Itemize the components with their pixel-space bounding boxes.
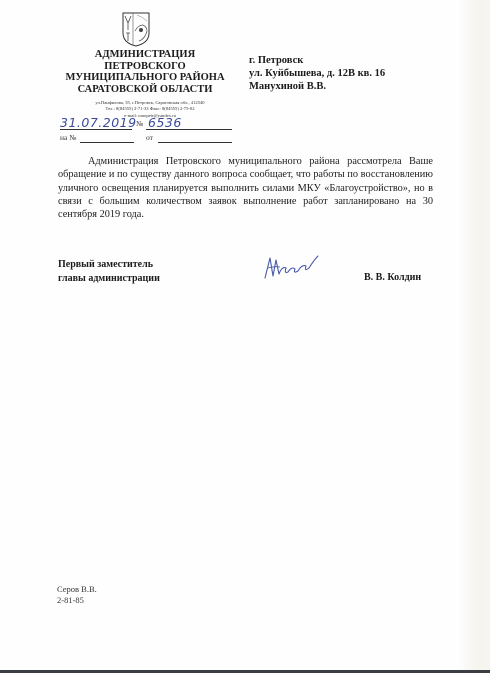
recipient-city: г. Петровск bbox=[249, 54, 385, 67]
org-line: МУНИЦИПАЛЬНОГО РАЙОНА bbox=[60, 72, 230, 84]
executor-name: Серов В.В. bbox=[57, 584, 97, 595]
scan-edge-shadow bbox=[458, 0, 490, 670]
executor-phone: 2-81-85 bbox=[57, 595, 97, 606]
executor-info: Серов В.В. 2-81-85 bbox=[57, 584, 97, 606]
org-line: АДМИНИСТРАЦИЯ bbox=[60, 49, 230, 61]
recipient-address: г. Петровск ул. Куйбышева, д. 12В кв. 16… bbox=[249, 54, 385, 93]
registration-date: 31.07.2019 bbox=[60, 115, 137, 130]
registration-number: 6536 bbox=[148, 115, 182, 130]
letter-page: АДМИНИСТРАЦИЯ ПЕТРОВСКОГО МУНИЦИПАЛЬНОГО… bbox=[0, 0, 490, 670]
organization-name: АДМИНИСТРАЦИЯ ПЕТРОВСКОГО МУНИЦИПАЛЬНОГО… bbox=[60, 49, 230, 95]
reference-number-label: на № bbox=[60, 133, 76, 142]
date-underline bbox=[60, 129, 132, 130]
letter-body: Администрация Петровского муниципального… bbox=[58, 155, 433, 221]
recipient-name: Манухиной В.В. bbox=[249, 80, 385, 93]
signer-title-line: главы администрации bbox=[58, 272, 160, 286]
handwritten-signature-icon bbox=[262, 252, 322, 282]
number-underline bbox=[146, 129, 232, 130]
reference-date-label: от bbox=[146, 133, 153, 142]
org-line: САРАТОВСКОЙ ОБЛАСТИ bbox=[60, 84, 230, 96]
recipient-street: ул. Куйбышева, д. 12В кв. 16 bbox=[249, 67, 385, 80]
reference-row: на № от bbox=[60, 133, 235, 145]
org-line: ПЕТРОВСКОГО bbox=[60, 61, 230, 73]
reference-date-line bbox=[158, 142, 232, 143]
reference-number-line bbox=[80, 142, 134, 143]
registration-row: 31.07.2019 № 6536 bbox=[60, 117, 235, 131]
coat-of-arms-icon bbox=[121, 11, 151, 48]
signer-title-line: Первый заместитель bbox=[58, 258, 160, 272]
signer-title: Первый заместитель главы администрации bbox=[58, 258, 160, 286]
signer-name: В. В. Колдин bbox=[364, 272, 421, 283]
number-label: № bbox=[136, 119, 143, 128]
